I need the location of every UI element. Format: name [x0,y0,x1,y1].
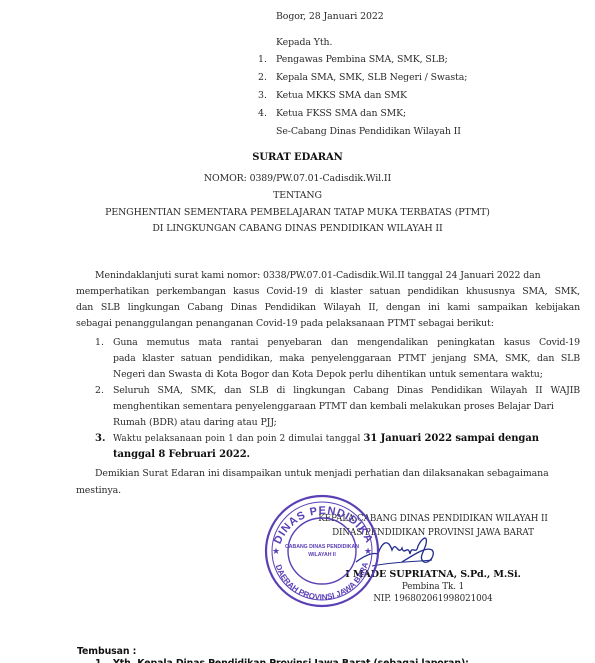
letter-number: NOMOR: 0389/PW.07.01-Cadisdik.Wil.II [0,173,595,185]
stamp-star-left: ★ [272,547,280,557]
point-line-bold: tanggal 8 Februari 2022. [113,449,250,461]
recipient-item: Pengawas Pembina SMA, SMK, SLB; [276,54,448,66]
letter-heading: SURAT EDARAN [0,152,595,164]
stamp-inner-line-1: CABANG DINAS PENDIDIKAN [285,544,359,550]
point-text-normal: Waktu pelaksanaan poin 1 dan poin 2 dimu… [113,434,363,444]
closing-line: mestinya. [76,485,121,497]
point-line: Waktu pelaksanaan poin 1 dan poin 2 dimu… [113,433,580,445]
point-text-bold: 31 Januari 2022 sampai dengan [363,433,538,444]
point-line: Seluruh SMA, SMK, dan SLB di lingkungan … [113,385,580,397]
recipient-item: Ketua FKSS SMA dan SMK; [276,108,406,120]
recipient-item: Kepala SMA, SMK, SLB Negeri / Swasta; [276,72,467,84]
point-line: Guna memutus mata rantai penyebaran dan … [113,337,580,349]
intro-line: memperhatikan perkembangan kasus Covid-1… [76,286,580,298]
svg-text:DINAS PENDIDIKAN: DINAS PENDIDIKAN [262,492,375,546]
point-number: 3. [95,433,105,445]
recipient-item: Ketua MKKS SMA dan SMK [276,90,407,102]
cc-number: 1. [95,658,105,663]
place-date: Bogor, 28 Januari 2022 [276,11,384,23]
about-label: TENTANG [0,190,595,202]
cc-heading: Tembusan : [77,646,136,658]
subject-line-2: DI LINGKUNGAN CABANG DINAS PENDIDIKAN WI… [0,223,595,235]
letter-page: Bogor, 28 Januari 2022 Kepada Yth. 1. Pe… [0,0,595,663]
subject-line-1: PENGHENTIAN SEMENTARA PEMBELAJARAN TATAP… [0,207,595,219]
recipient-number: 4. [258,108,267,120]
point-line: Negeri dan Swasta di Kota Bogor dan Kota… [113,369,543,381]
point-number: 1. [95,337,104,349]
intro-line: Menindaklanjuti surat kami nomor: 0338/P… [95,270,541,282]
point-line: menghentikan sementara penyelenggaraan P… [113,401,554,413]
recipients-scope: Se-Cabang Dinas Pendidikan Wilayah II [276,126,461,138]
stamp-top-text: DINAS PENDIDIKAN [262,492,375,546]
recipient-number: 2. [258,72,267,84]
cc-item: Yth. Kepala Dinas Pendidikan Provinsi Ja… [113,658,469,663]
closing-line: Demikian Surat Edaran ini disampaikan un… [95,468,549,480]
point-line: Rumah (BDR) atau daring atau PJJ; [113,417,277,429]
official-stamp: DINAS PENDIDIKAN DAERAH PROVINSI JAWA BA… [262,492,384,610]
point-number: 2. [95,385,104,397]
recipient-number: 3. [258,90,267,102]
recipient-number: 1. [258,54,267,66]
stamp-star-right: ★ [364,547,372,557]
addressee-intro: Kepada Yth. [276,37,332,49]
point-line: pada klaster satuan pendidikan, maka pen… [113,353,580,365]
intro-line: dan SLB lingkungan Cabang Dinas Pendidik… [76,302,580,314]
stamp-inner-line-2: WILAYAH II [308,552,336,558]
intro-line: sebagai penanggulangan penanganan Covid-… [76,318,494,330]
